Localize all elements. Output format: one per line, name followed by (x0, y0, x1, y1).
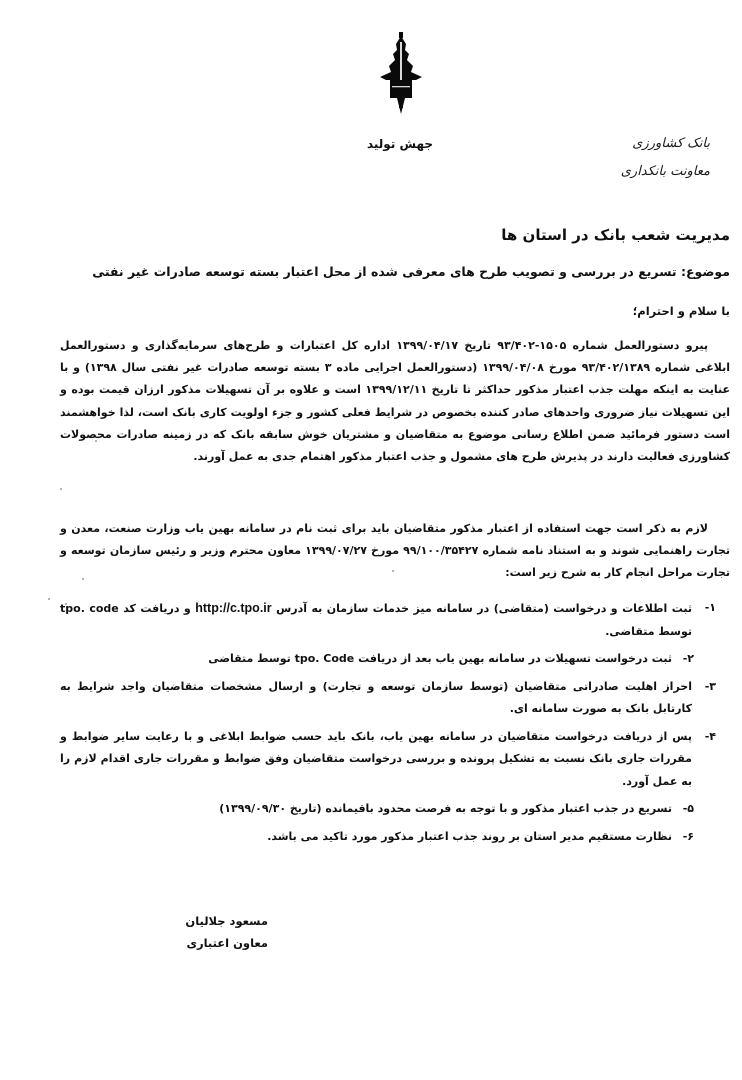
item-number: ۴- (705, 726, 716, 749)
paragraph-1-text: پیرو دستورالعمل شماره ۱۵۰۵-۹۳/۴۰۲ تاریخ … (60, 339, 730, 463)
item-text: پس از دریافت درخواست متقاضیان در سامانه … (60, 730, 692, 788)
handwritten-note: بانک کشاورزی معاونت بانکداری (580, 130, 710, 186)
item-number: ۱- (705, 597, 716, 620)
letter-page: جهش تولید بانک کشاورزی معاونت بانکداری م… (0, 0, 742, 1080)
scan-speck (392, 570, 394, 572)
signatory-name: مسعود جلالیان (148, 910, 268, 932)
item-text: احراز اهلیت صادراتی متقاضیان (توسط سازما… (60, 680, 692, 716)
item-number: ۵- (683, 798, 694, 821)
item-text: نظارت مستقیم مدیر استان بر روند جذب اعتب… (267, 830, 672, 843)
handwritten-line-1: بانک کشاورزی (580, 130, 710, 158)
item-text: تسریع در جذب اعتبار مذکور و با توجه به ف… (219, 802, 672, 815)
item-number: ۳- (705, 676, 716, 699)
paragraph-2-text: لازم به ذکر است جهت استفاده از اعتبار مذ… (60, 522, 730, 579)
signatory-title: معاون اعتباری (148, 932, 268, 954)
list-item: ۳- احراز اهلیت صادراتی متقاضیان (توسط سا… (60, 676, 730, 721)
slogan-text: جهش تولید (360, 137, 440, 151)
scan-speck (48, 598, 50, 600)
list-item: ۵- تسریع در جذب اعتبار مذکور و با توجه ب… (60, 798, 730, 821)
scan-speck (60, 488, 62, 490)
signature-block: مسعود جلالیان معاون اعتباری (148, 910, 268, 954)
list-item: ۲- ثبت درخواست تسهیلات در سامانه بهین یا… (60, 648, 730, 671)
body-paragraph-1: پیرو دستورالعمل شماره ۱۵۰۵-۹۳/۴۰۲ تاریخ … (60, 335, 730, 468)
list-item: ۱- ثبت اطلاعات و درخواست (متقاضی) در سام… (60, 597, 730, 643)
item-text: ثبت اطلاعات و درخواست (متقاضی) در سامانه… (276, 602, 692, 615)
greeting: با سلام و احترام؛ (633, 304, 730, 318)
scan-speck (65, 603, 67, 605)
steps-list: ۱- ثبت اطلاعات و درخواست (متقاضی) در سام… (60, 597, 730, 853)
body-paragraph-2: لازم به ذکر است جهت استفاده از اعتبار مذ… (60, 518, 730, 585)
item-number: ۲- (683, 648, 694, 671)
item-text: ثبت درخواست تسهیلات در سامانه بهین یاب ب… (208, 652, 672, 665)
list-item: ۶- نظارت مستقیم مدیر استان بر روند جذب ا… (60, 826, 730, 849)
handwritten-line-2: معاونت بانکداری (580, 158, 710, 186)
subject-line: موضوع: تسریع در بررسی و تصویب طرح های مع… (92, 264, 730, 279)
scan-speck (95, 440, 97, 442)
list-item: ۴- پس از دریافت درخواست متقاضیان در ساما… (60, 726, 730, 794)
ornamental-emblem-icon (378, 32, 424, 116)
scan-speck (82, 578, 84, 580)
item-number: ۶- (683, 826, 694, 849)
addressee-heading: مدیریت شعب بانک در استان ها (501, 226, 730, 244)
tpo-link[interactable]: http://c.tpo.ir (195, 601, 271, 615)
